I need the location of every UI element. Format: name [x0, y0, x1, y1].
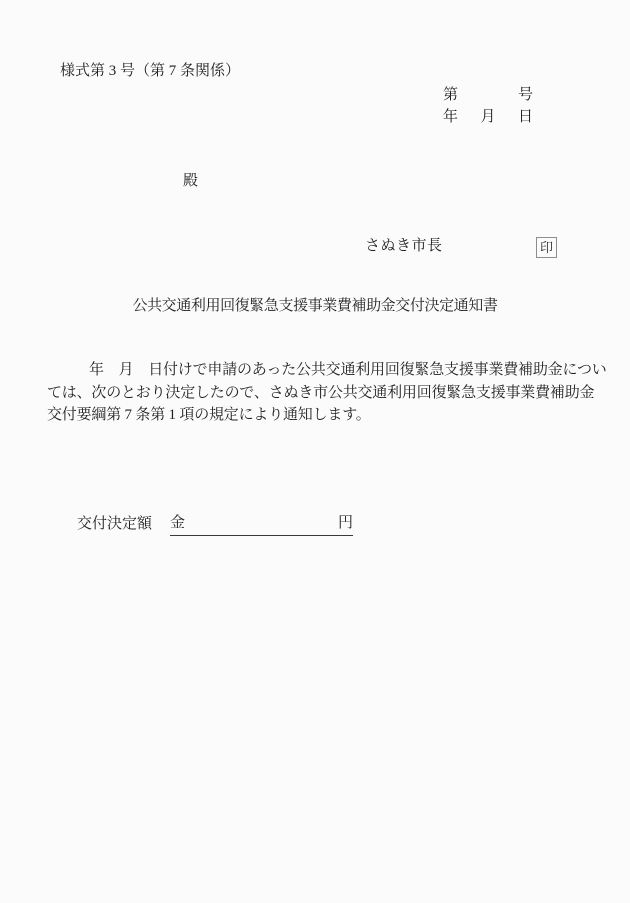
date-year-label: 年: [443, 110, 458, 125]
body-paragraph: 年 月 日付けで申請のあった公共交通利用回復緊急支援事業費補助金につい ては、次…: [47, 363, 587, 431]
document-title: 公共交通利用回復緊急支援事業費補助金交付決定通知書: [0, 299, 630, 314]
issuer-name: さぬき市長: [365, 239, 443, 254]
form-number: 様式第 3 号（第 7 条関係）: [60, 64, 240, 79]
amount-currency-suffix: 円: [338, 516, 353, 531]
date-day-label: 日: [518, 110, 533, 125]
amount-currency-prefix: 金: [170, 516, 185, 531]
document-number-row: 第 号: [443, 88, 533, 103]
body-line-3: 交付要綱第 7 条第 1 項の規定により通知します。: [47, 408, 587, 431]
amount-fill-line: 金 円: [170, 516, 353, 536]
body-line-1: 年 月 日付けで申請のあった公共交通利用回復緊急支援事業費補助金につい: [47, 363, 587, 386]
date-row: 年 月 日: [443, 110, 533, 125]
addressee-suffix: 殿: [183, 174, 198, 189]
seal-box: 印: [536, 237, 557, 258]
document-page: 様式第 3 号（第 7 条関係） 第 号 年 月 日 殿 さぬき市長 印 公共交…: [0, 0, 630, 903]
doc-number-suffix: 号: [518, 88, 533, 103]
date-month-label: 月: [480, 110, 495, 125]
body-line-2: ては、次のとおり決定したので、さぬき市公共交通利用回復緊急支援事業費補助金: [47, 386, 587, 409]
amount-label: 交付決定額: [77, 517, 152, 532]
doc-number-prefix: 第: [443, 88, 458, 103]
